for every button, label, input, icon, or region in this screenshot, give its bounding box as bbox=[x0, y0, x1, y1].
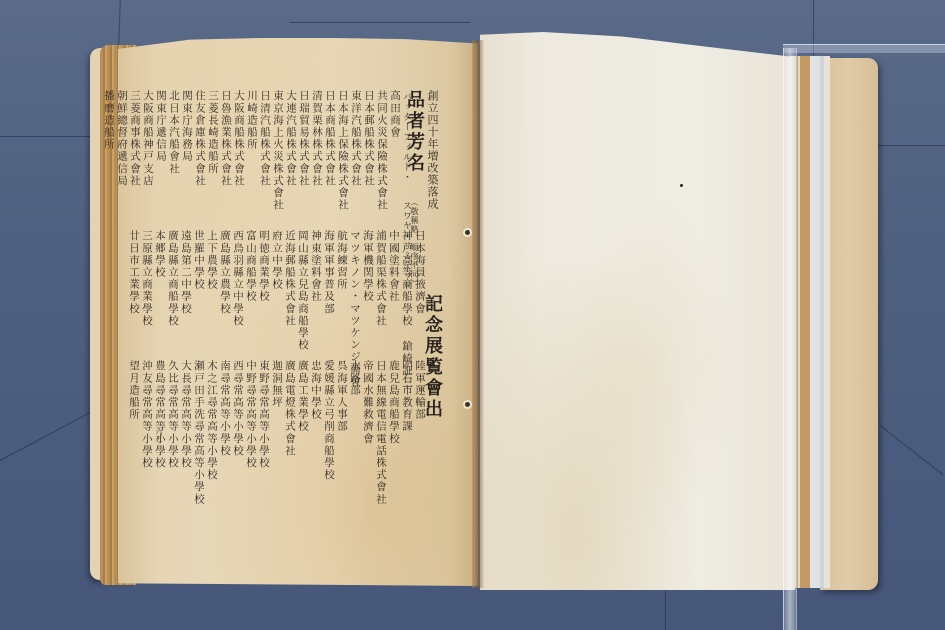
list-item: 大連汽船株式會社 bbox=[285, 90, 296, 220]
list-item: 日清汽船株式會社 bbox=[259, 90, 270, 220]
list-item: 日本海員掖濟會 bbox=[414, 230, 425, 350]
list-item: 海軍軍事普及部 bbox=[323, 230, 334, 350]
list-item: 航海練習所 bbox=[336, 230, 347, 350]
list-item: 朝鮮總督府遞信局 bbox=[116, 90, 127, 220]
list-item: 水路部 bbox=[349, 360, 360, 490]
list-item: 近海郵船株式會社 bbox=[284, 230, 295, 350]
right-page bbox=[480, 32, 795, 590]
list-item: 関東庁海務局 bbox=[181, 90, 192, 220]
list-item: 清賀栗林株式會社 bbox=[311, 90, 322, 220]
list-item: 東洋汽船株式會社 bbox=[350, 90, 361, 220]
list-item: 鹿兒島商船學校 bbox=[388, 360, 399, 490]
list-item: 日本無線電信電話株式會社 bbox=[375, 360, 386, 490]
list-item: 沖友尋常高等小學校 bbox=[141, 360, 152, 490]
list-item: 西尋常高等小學校 bbox=[232, 360, 243, 490]
list-item: 海軍機関學校 bbox=[362, 230, 373, 350]
list-item: 陸軍運輸部 bbox=[414, 360, 425, 490]
ink-speck bbox=[680, 184, 683, 187]
list-item: 木之江尋常高等小學校 bbox=[206, 360, 217, 490]
exhibitor-list-section-1: 高田商會 共同火災保險株式會社 日本郵船株式會社 東洋汽船株式會社 日本海上保險… bbox=[103, 90, 400, 220]
list-item: 共同火災保險株式會社 bbox=[376, 90, 387, 220]
list-item: 大長尋常高等小學校 bbox=[180, 360, 191, 490]
list-item: 播磨造船所 bbox=[103, 90, 114, 220]
exhibitor-list-section-2: 日本海員掖濟會 神戸高等商船學校 鎗崎証三 中國塗料會社 浦賀船渠株式會社 海軍… bbox=[128, 230, 425, 350]
staple-hole bbox=[465, 230, 470, 235]
list-item: 東野尋常高等小學校 bbox=[258, 360, 269, 490]
list-item: 瀬戸田手洗尋常高等小學校 bbox=[193, 360, 204, 490]
list-item: 明徳商業學校 bbox=[258, 230, 269, 350]
list-item: 神戸高等商船學校 鎗崎証三 bbox=[401, 230, 412, 350]
page-number: 六五 bbox=[154, 428, 164, 442]
list-item: 日本海上保險株式會社 bbox=[337, 90, 348, 220]
list-item: 三原縣立商業學校 bbox=[141, 230, 152, 350]
list-item: 上下農學校 bbox=[206, 230, 217, 350]
exhibitor-list-section-3: 陸軍運輸部 明石市教育課 鹿兒島商船學校 日本無線電信電話株式會社 帝國水難救濟… bbox=[128, 360, 425, 490]
list-item: 廣島縣立商船學校 bbox=[167, 230, 178, 350]
list-item: 廣島電燈株式會社 bbox=[284, 360, 295, 490]
list-item: 日本郵船株式會社 bbox=[363, 90, 374, 220]
list-item: 東京海上火災株式會社 bbox=[272, 90, 283, 220]
photo-scene: 創立四十年増改築落成 記念展覧會出品者芳名 （敬稱略、順序不同） バッターフィル… bbox=[0, 0, 945, 630]
list-item: 浦賀船渠株式會社 bbox=[375, 230, 386, 350]
list-item: 西鳥羽縣立中學校 bbox=[232, 230, 243, 350]
list-item: 廣島工業學校 bbox=[297, 360, 308, 490]
list-item: 久比尋常高等小學校 bbox=[167, 360, 178, 490]
list-item: 岡山縣立兒島商船學校 bbox=[297, 230, 308, 350]
list-item: 日魯漁業株式會社 bbox=[220, 90, 231, 220]
list-item: 府立中學校 bbox=[271, 230, 282, 350]
staple-hole bbox=[465, 402, 470, 407]
list-item: 迦洞無坪 bbox=[271, 360, 282, 490]
list-item: 帝國水難救濟會 bbox=[362, 360, 373, 490]
list-item: 神東塗料會社 bbox=[310, 230, 321, 350]
list-item: 大阪商船神戸支店 bbox=[142, 90, 153, 220]
list-item: 日瑞貿易株式會社 bbox=[298, 90, 309, 220]
list-item: 南尋常高等小學校 bbox=[219, 360, 230, 490]
list-item: 世羅中學校 bbox=[193, 230, 204, 350]
acrylic-page-holder-top bbox=[783, 44, 945, 53]
subtitle-line-1: バッターフィルド・ bbox=[401, 92, 411, 182]
list-item: 関東庁遞信局 bbox=[155, 90, 166, 220]
acrylic-page-holder bbox=[783, 48, 797, 630]
book-gutter bbox=[472, 40, 484, 588]
list-item: 廿日市工業學校 bbox=[128, 230, 139, 350]
list-item: 遠島第二中學校 bbox=[180, 230, 191, 350]
list-item: 日本商船株式會社 bbox=[324, 90, 335, 220]
list-item: 三菱長崎造船所 bbox=[207, 90, 218, 220]
list-item: 中野尋常高等小學校 bbox=[245, 360, 256, 490]
list-item: 川崎造船所 bbox=[246, 90, 257, 220]
list-item: 愛媛縣立弓削商船學校 bbox=[323, 360, 334, 490]
list-item: マツキノン・マツケンジ商會 bbox=[349, 230, 360, 350]
list-item: 望月造船所 bbox=[128, 360, 139, 490]
list-item: 富山商船學校 bbox=[245, 230, 256, 350]
list-item: 大阪商船株式會社 bbox=[233, 90, 244, 220]
list-item: 高田商會 bbox=[389, 90, 400, 220]
list-item: 明石市教育課 bbox=[401, 360, 412, 490]
list-item: 廣島縣立農學校 bbox=[219, 230, 230, 350]
list-item: 北日本汽船會社 bbox=[168, 90, 179, 220]
list-item: 豊島尋常高等小學校 bbox=[154, 360, 165, 490]
open-book: 創立四十年増改築落成 記念展覧會出品者芳名 （敬稱略、順序不同） バッターフィル… bbox=[0, 0, 945, 630]
list-item: 忠海中學校 bbox=[310, 360, 321, 490]
list-item: 三菱商事株式會社 bbox=[129, 90, 140, 220]
anniversary-line: 創立四十年増改築落成 bbox=[426, 90, 439, 210]
list-item: 本郷學校 bbox=[154, 230, 165, 350]
list-item: 呉海軍人事部 bbox=[336, 360, 347, 490]
list-item: 住友倉庫株式會社 bbox=[194, 90, 205, 220]
list-item: 中國塗料會社 bbox=[388, 230, 399, 350]
